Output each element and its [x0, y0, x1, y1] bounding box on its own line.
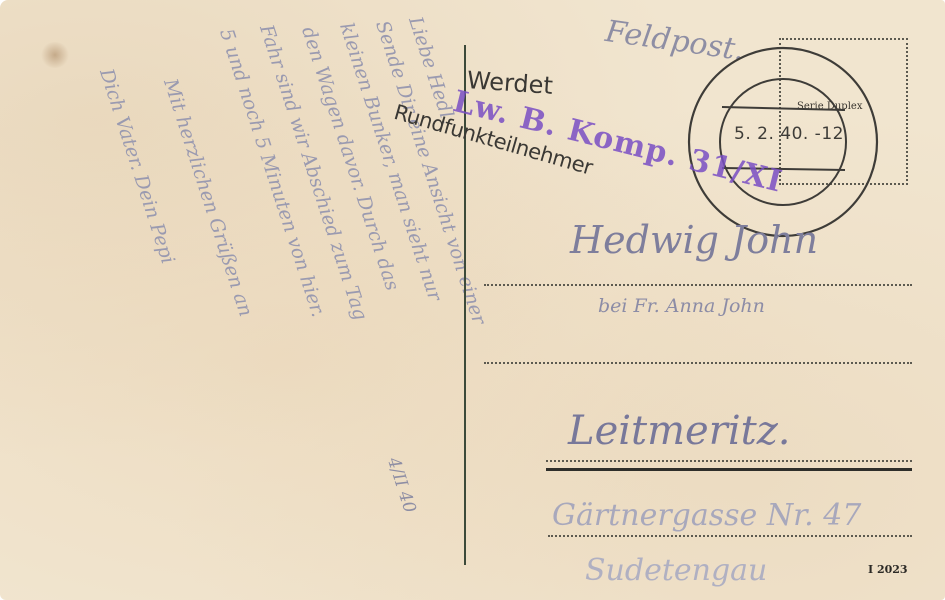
recipient-street: Gärtnergasse Nr. 47 — [552, 498, 861, 533]
city-underline — [546, 468, 912, 471]
address-line-4 — [548, 535, 912, 537]
recipient-care-of: bei Fr. Anna John — [598, 295, 765, 317]
recipient-name: Hedwig John — [570, 218, 818, 262]
postmark-date: 5. 2. 40. -12 — [734, 124, 844, 144]
print-number: I 2023 — [868, 563, 908, 576]
postcard-back: Liebe Hedl. Sende Dir eine Ansicht von e… — [0, 0, 945, 600]
address-line-3 — [546, 460, 912, 462]
address-line-2 — [484, 362, 912, 364]
address-line-1 — [484, 284, 912, 286]
recipient-city: Leitmeritz. — [568, 408, 790, 454]
recipient-region: Sudetengau — [585, 553, 767, 588]
